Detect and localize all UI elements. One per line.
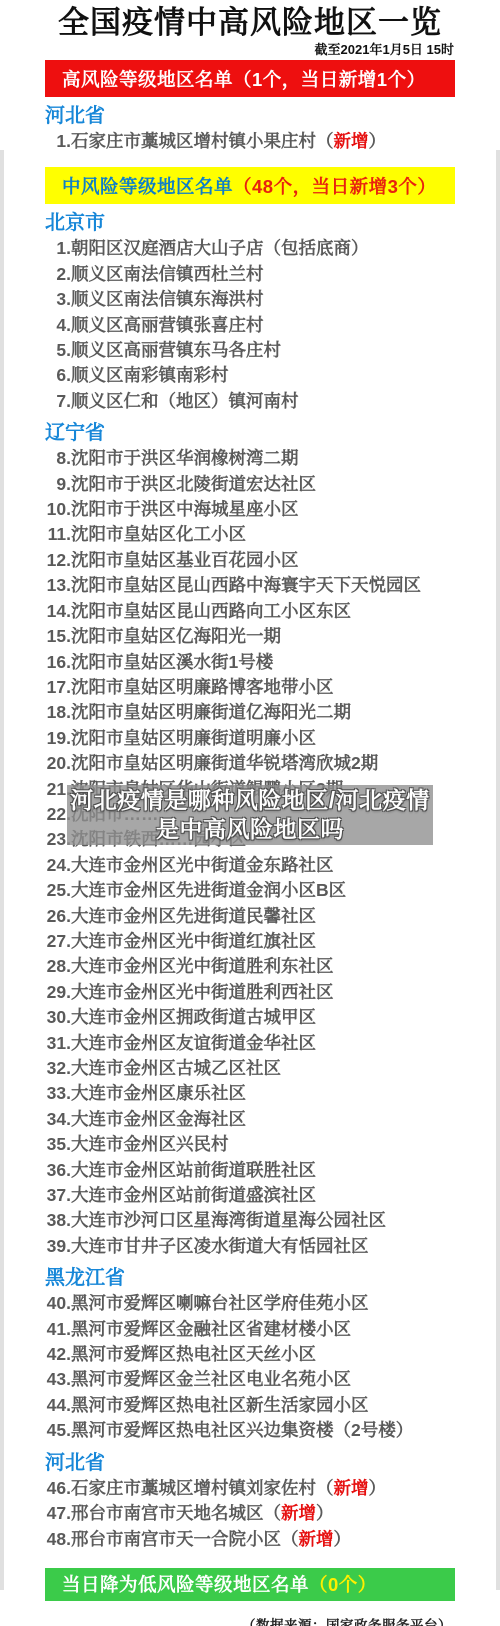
item-text: 沈阳市皇姑区明廉街道亿海阳光二期 — [71, 700, 351, 725]
item-text: 沈阳市皇姑区化工小区 — [71, 522, 246, 547]
item-text: 大连市金州区康乐社区 — [71, 1081, 246, 1106]
list-item: 30.大连市金州区拥政街道古城甲区 — [45, 1005, 455, 1030]
mid-risk-header-count: （48个，当日新增3个） — [233, 173, 436, 199]
list-item: 29.大连市金州区光中街道胜利西社区 — [45, 980, 455, 1005]
item-number: 24. — [45, 853, 71, 878]
mid-risk-list: 北京市1.朝阳区汉庭酒店大山子店（包括底商）2.顺义区南法信镇西杜兰村3.顺义区… — [0, 210, 500, 1552]
item-number: 39. — [45, 1234, 71, 1259]
item-number: 25. — [45, 878, 71, 903]
high-risk-list: 河北省1.石家庄市藁城区增村镇小果庄村 （新增） — [0, 103, 500, 154]
item-text: 顺义区仁和（地区）镇河南村 — [71, 389, 299, 414]
list-item: 43.黑河市爱辉区金兰社区电业名苑小区 — [45, 1367, 455, 1392]
list-item: 26.大连市金州区先进街道民馨社区 — [45, 904, 455, 929]
list-item: 1.朝阳区汉庭酒店大山子店（包括底商） — [45, 236, 455, 261]
item-number: 45. — [45, 1418, 71, 1443]
item-number: 36. — [45, 1158, 71, 1183]
list-item: 40.黑河市爱辉区喇嘛台社区学府佳苑小区 — [45, 1291, 455, 1316]
item-number: 8. — [45, 446, 71, 471]
new-tag: 新增 — [299, 1527, 334, 1552]
item-text: 顺义区南法信镇西杜兰村 — [71, 262, 264, 287]
item-number: 44. — [45, 1393, 71, 1418]
item-number: 11. — [45, 522, 71, 547]
list-item: 10.沈阳市于洪区中海城星座小区 — [45, 497, 455, 522]
item-number: 26. — [45, 904, 71, 929]
list-item: 41.黑河市爱辉区金融社区省建材楼小区 — [45, 1317, 455, 1342]
list-item: 24.大连市金州区光中街道金东路社区 — [45, 853, 455, 878]
new-tag-paren-close: ） — [369, 1476, 387, 1501]
province-header: 河北省 — [45, 103, 455, 129]
item-text: 顺义区高丽营镇张喜庄村 — [71, 313, 264, 338]
new-tag-paren-open: （ — [316, 129, 334, 154]
item-text: 大连市金州区站前街道盛滨社区 — [71, 1183, 316, 1208]
list-item: 39.大连市甘井子区凌水街道大有恬园社区 — [45, 1234, 455, 1259]
item-text: 大连市金州区兴民村 — [71, 1132, 229, 1157]
item-number: 15. — [45, 624, 71, 649]
item-number: 29. — [45, 980, 71, 1005]
new-tag: 新增 — [334, 1476, 369, 1501]
item-number: 33. — [45, 1081, 71, 1106]
item-text: 黑河市爱辉区金兰社区电业名苑小区 — [71, 1367, 351, 1392]
list-item: 18.沈阳市皇姑区明廉街道亿海阳光二期 — [45, 700, 455, 725]
item-number: 43. — [45, 1367, 71, 1392]
mid-risk-header-bar: 中风险等级地区名单（48个，当日新增3个） — [45, 167, 455, 204]
item-number: 40. — [45, 1291, 71, 1316]
mid-risk-header-label: 中风险等级地区名单 — [62, 173, 233, 199]
item-number: 47. — [45, 1501, 71, 1526]
item-text: 沈阳市皇姑区明廉路博客地带小区 — [71, 675, 334, 700]
page-title: 全国疫情中高风险地区一览 — [0, 5, 500, 41]
item-number: 16. — [45, 650, 71, 675]
item-text: 大连市金州区先进街道金润小区B区 — [71, 878, 346, 903]
list-item: 46.石家庄市藁城区增村镇刘家佐村 （新增） — [45, 1476, 455, 1501]
item-text: 黑河市爱辉区喇嘛台社区学府佳苑小区 — [71, 1291, 369, 1316]
item-text: 顺义区南彩镇南彩村 — [71, 363, 229, 388]
low-risk-header-bar: 当日降为低风险等级地区名单（0个） — [45, 1568, 455, 1601]
list-item: 35.大连市金州区兴民村 — [45, 1132, 455, 1157]
item-number: 32. — [45, 1056, 71, 1081]
item-text: 大连市金州区金海社区 — [71, 1107, 246, 1132]
new-tag-paren-open: （ — [281, 1527, 299, 1552]
item-text: 大连市沙河口区星海湾街道星海公园社区 — [71, 1208, 386, 1233]
item-number: 48. — [45, 1527, 71, 1552]
list-item: 1.石家庄市藁城区增村镇小果庄村 （新增） — [45, 129, 455, 154]
list-item: 17.沈阳市皇姑区明廉路博客地带小区 — [45, 675, 455, 700]
item-text: 沈阳市皇姑区昆山西路向工小区东区 — [71, 599, 351, 624]
item-number: 28. — [45, 954, 71, 979]
province-header: 河北省 — [45, 1450, 455, 1476]
item-text: 顺义区南法信镇东海洪村 — [71, 287, 264, 312]
new-tag-paren-close: ） — [316, 1501, 334, 1526]
item-text: 黑河市爱辉区热电社区天丝小区 — [71, 1342, 316, 1367]
list-item: 16.沈阳市皇姑区溪水街1号楼 — [45, 650, 455, 675]
item-text: 沈阳市皇姑区亿海阳光一期 — [71, 624, 281, 649]
low-risk-header-label: 当日降为低风险等级地区名单 — [62, 1571, 309, 1597]
item-number: 9. — [45, 472, 71, 497]
item-number: 1. — [45, 129, 71, 154]
item-number: 46. — [45, 1476, 71, 1501]
list-item: 48.邢台市南宫市天一合院小区 （新增） — [45, 1527, 455, 1552]
caption-overlay: 河北疫情是哪种风险地区/河北疫情 是中高风险地区吗 — [67, 785, 433, 845]
new-tag-paren-open: （ — [316, 1476, 334, 1501]
list-item: 8.沈阳市于洪区华润橡树湾二期 — [45, 446, 455, 471]
list-item: 44.黑河市爱辉区热电社区新生活家园小区 — [45, 1393, 455, 1418]
item-number: 3. — [45, 287, 71, 312]
item-text: 邢台市南宫市天一合院小区 — [71, 1527, 281, 1552]
list-item: 25.大连市金州区先进街道金润小区B区 — [45, 878, 455, 903]
list-item: 20.沈阳市皇姑区明廉街道华锐塔湾欣城2期 — [45, 751, 455, 776]
item-number: 1. — [45, 236, 71, 261]
item-number: 12. — [45, 548, 71, 573]
item-number: 17. — [45, 675, 71, 700]
item-text: 大连市金州区友谊街道金华社区 — [71, 1031, 316, 1056]
list-item: 13.沈阳市皇姑区昆山西路中海寰宇天下天悦园区 — [45, 573, 455, 598]
item-text: 沈阳市皇姑区明廉街道明廉小区 — [71, 726, 316, 751]
item-text: 顺义区高丽营镇东马各庄村 — [71, 338, 281, 363]
province-header: 北京市 — [45, 210, 455, 236]
item-text: 黑河市爱辉区热电社区兴边集资楼（2号楼） — [71, 1418, 413, 1443]
item-text: 大连市金州区古城乙区社区 — [71, 1056, 281, 1081]
data-source-note: （数据来源：国家政务服务平台） — [0, 1614, 500, 1626]
item-number: 13. — [45, 573, 71, 598]
item-text: 沈阳市皇姑区基业百花园小区 — [71, 548, 299, 573]
item-number: 30. — [45, 1005, 71, 1030]
item-text: 邢台市南宫市天地名城区 — [71, 1501, 264, 1526]
list-item: 3.顺义区南法信镇东海洪村 — [45, 287, 455, 312]
item-number: 31. — [45, 1031, 71, 1056]
item-text: 沈阳市于洪区华润橡树湾二期 — [71, 446, 299, 471]
item-text: 大连市金州区光中街道胜利东社区 — [71, 954, 334, 979]
item-number: 4. — [45, 313, 71, 338]
item-text: 黑河市爱辉区金融社区省建材楼小区 — [71, 1317, 351, 1342]
item-number: 34. — [45, 1107, 71, 1132]
item-number: 18. — [45, 700, 71, 725]
item-number: 42. — [45, 1342, 71, 1367]
item-text: 大连市金州区站前街道联胜社区 — [71, 1158, 316, 1183]
item-number: 10. — [45, 497, 71, 522]
list-item: 47.邢台市南宫市天地名城区 （新增） — [45, 1501, 455, 1526]
list-item: 12.沈阳市皇姑区基业百花园小区 — [45, 548, 455, 573]
province-header: 黑龙江省 — [45, 1265, 455, 1291]
caption-line2: 是中高风险地区吗 — [67, 815, 433, 844]
list-item: 38.大连市沙河口区星海湾街道星海公园社区 — [45, 1208, 455, 1233]
new-tag-paren-open: （ — [264, 1501, 282, 1526]
item-number: 38. — [45, 1208, 71, 1233]
new-tag: 新增 — [281, 1501, 316, 1526]
item-number: 37. — [45, 1183, 71, 1208]
item-text: 沈阳市于洪区中海城星座小区 — [71, 497, 299, 522]
item-number: 14. — [45, 599, 71, 624]
item-text: 沈阳市皇姑区昆山西路中海寰宇天下天悦园区 — [71, 573, 421, 598]
new-tag: 新增 — [334, 129, 369, 154]
as-of-date: 截至2021年1月5日 15时 — [0, 42, 500, 57]
new-tag-paren-close: ） — [334, 1527, 352, 1552]
item-text: 沈阳市皇姑区明廉街道华锐塔湾欣城2期 — [71, 751, 378, 776]
item-text: 石家庄市藁城区增村镇刘家佐村 — [71, 1476, 316, 1501]
item-text: 石家庄市藁城区增村镇小果庄村 — [71, 129, 316, 154]
list-item: 32.大连市金州区古城乙区社区 — [45, 1056, 455, 1081]
list-item: 19.沈阳市皇姑区明廉街道明廉小区 — [45, 726, 455, 751]
item-text: 黑河市爱辉区热电社区新生活家园小区 — [71, 1393, 369, 1418]
high-risk-header-label: 高风险等级地区名单 — [62, 66, 233, 92]
item-text: 沈阳市于洪区北陵街道宏达社区 — [71, 472, 316, 497]
item-number: 41. — [45, 1317, 71, 1342]
list-item: 6.顺义区南彩镇南彩村 — [45, 363, 455, 388]
list-item: 11.沈阳市皇姑区化工小区 — [45, 522, 455, 547]
item-number: 7. — [45, 389, 71, 414]
new-tag-paren-close: ） — [369, 129, 387, 154]
item-number: 6. — [45, 363, 71, 388]
province-header: 辽宁省 — [45, 420, 455, 446]
item-number: 27. — [45, 929, 71, 954]
item-number: 20. — [45, 751, 71, 776]
list-item: 42.黑河市爱辉区热电社区天丝小区 — [45, 1342, 455, 1367]
list-item: 2.顺义区南法信镇西杜兰村 — [45, 262, 455, 287]
item-text: 大连市金州区光中街道红旗社区 — [71, 929, 316, 954]
item-text: 大连市金州区光中街道胜利西社区 — [71, 980, 334, 1005]
item-text: 大连市甘井子区凌水街道大有恬园社区 — [71, 1234, 369, 1259]
item-number: 35. — [45, 1132, 71, 1157]
item-number: 2. — [45, 262, 71, 287]
list-item: 7.顺义区仁和（地区）镇河南村 — [45, 389, 455, 414]
high-risk-header-bar: 高风险等级地区名单（1个，当日新增1个） — [45, 60, 455, 97]
list-item: 34.大连市金州区金海社区 — [45, 1107, 455, 1132]
list-item: 31.大连市金州区友谊街道金华社区 — [45, 1031, 455, 1056]
item-number: 19. — [45, 726, 71, 751]
list-item: 28.大连市金州区光中街道胜利东社区 — [45, 954, 455, 979]
item-number: 5. — [45, 338, 71, 363]
list-item: 27.大连市金州区光中街道红旗社区 — [45, 929, 455, 954]
list-item: 45.黑河市爱辉区热电社区兴边集资楼（2号楼） — [45, 1418, 455, 1443]
list-item: 36.大连市金州区站前街道联胜社区 — [45, 1158, 455, 1183]
list-item: 4.顺义区高丽营镇张喜庄村 — [45, 313, 455, 338]
list-item: 37.大连市金州区站前街道盛滨社区 — [45, 1183, 455, 1208]
list-item: 9.沈阳市于洪区北陵街道宏达社区 — [45, 472, 455, 497]
high-risk-header-count: （1个，当日新增1个） — [233, 66, 426, 92]
low-risk-header-count: （0个） — [309, 1571, 377, 1597]
item-text: 大连市金州区拥政街道古城甲区 — [71, 1005, 316, 1030]
list-item: 5.顺义区高丽营镇东马各庄村 — [45, 338, 455, 363]
item-text: 朝阳区汉庭酒店大山子店（包括底商） — [71, 236, 369, 261]
item-text: 沈阳市皇姑区溪水街1号楼 — [71, 650, 273, 675]
item-text: 大连市金州区光中街道金东路社区 — [71, 853, 334, 878]
list-item: 15.沈阳市皇姑区亿海阳光一期 — [45, 624, 455, 649]
caption-line1: 河北疫情是哪种风险地区/河北疫情 — [67, 786, 433, 815]
list-item: 33.大连市金州区康乐社区 — [45, 1081, 455, 1106]
list-item: 14.沈阳市皇姑区昆山西路向工小区东区 — [45, 599, 455, 624]
item-text: 大连市金州区先进街道民馨社区 — [71, 904, 316, 929]
